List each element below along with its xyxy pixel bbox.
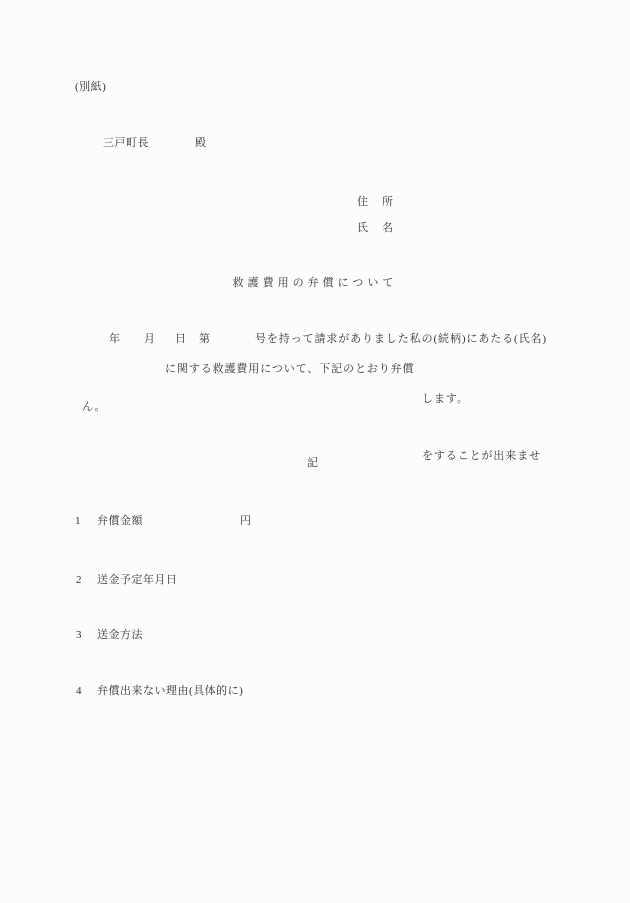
attachment-label: (別紙) [75, 81, 106, 94]
item-label: 弁償出来ない理由(具体的に) [97, 685, 243, 698]
ki-heading: 記 [307, 457, 319, 470]
item-label: 弁償金額 [97, 515, 143, 528]
sender-name-label: 氏 名 [357, 222, 395, 235]
body-choice-stack: します。 をすることが出来ませ [422, 352, 541, 504]
body-month-label: 月 [144, 333, 156, 346]
body-choice-affirmative: します。 [422, 390, 541, 409]
body-day-label: 日 [175, 333, 187, 346]
sender-address-label: 住 所 [357, 196, 395, 209]
body-choice-negative: をすることが出来ませ [422, 447, 541, 466]
item-number: 2 [76, 574, 82, 587]
body-request-text: 号を持って請求がありました私の(続柄)にあたる(氏名) [255, 333, 547, 346]
addressee-name: 三戸町長 [103, 137, 149, 150]
item-label: 送金方法 [97, 629, 143, 642]
body-doc-number-prefix: 第 [199, 333, 211, 346]
body-line2-text: に関する救護費用について、下記のとおり弁償 [165, 363, 414, 376]
body-choice-negative-continuation: ん。 [82, 401, 106, 414]
body-year-label: 年 [109, 333, 121, 346]
document-page: (別紙) 三戸町長 殿 住 所 氏 名 救護費用の弁償について 年 月 日 第 … [0, 0, 630, 903]
document-title: 救護費用の弁償について [0, 277, 630, 290]
item-suffix: 円 [240, 515, 252, 528]
item-number: 1 [75, 515, 81, 528]
item-number: 3 [76, 629, 82, 642]
item-number: 4 [76, 685, 82, 698]
item-label: 送金予定年月日 [97, 574, 178, 587]
addressee-honorific: 殿 [195, 137, 207, 150]
